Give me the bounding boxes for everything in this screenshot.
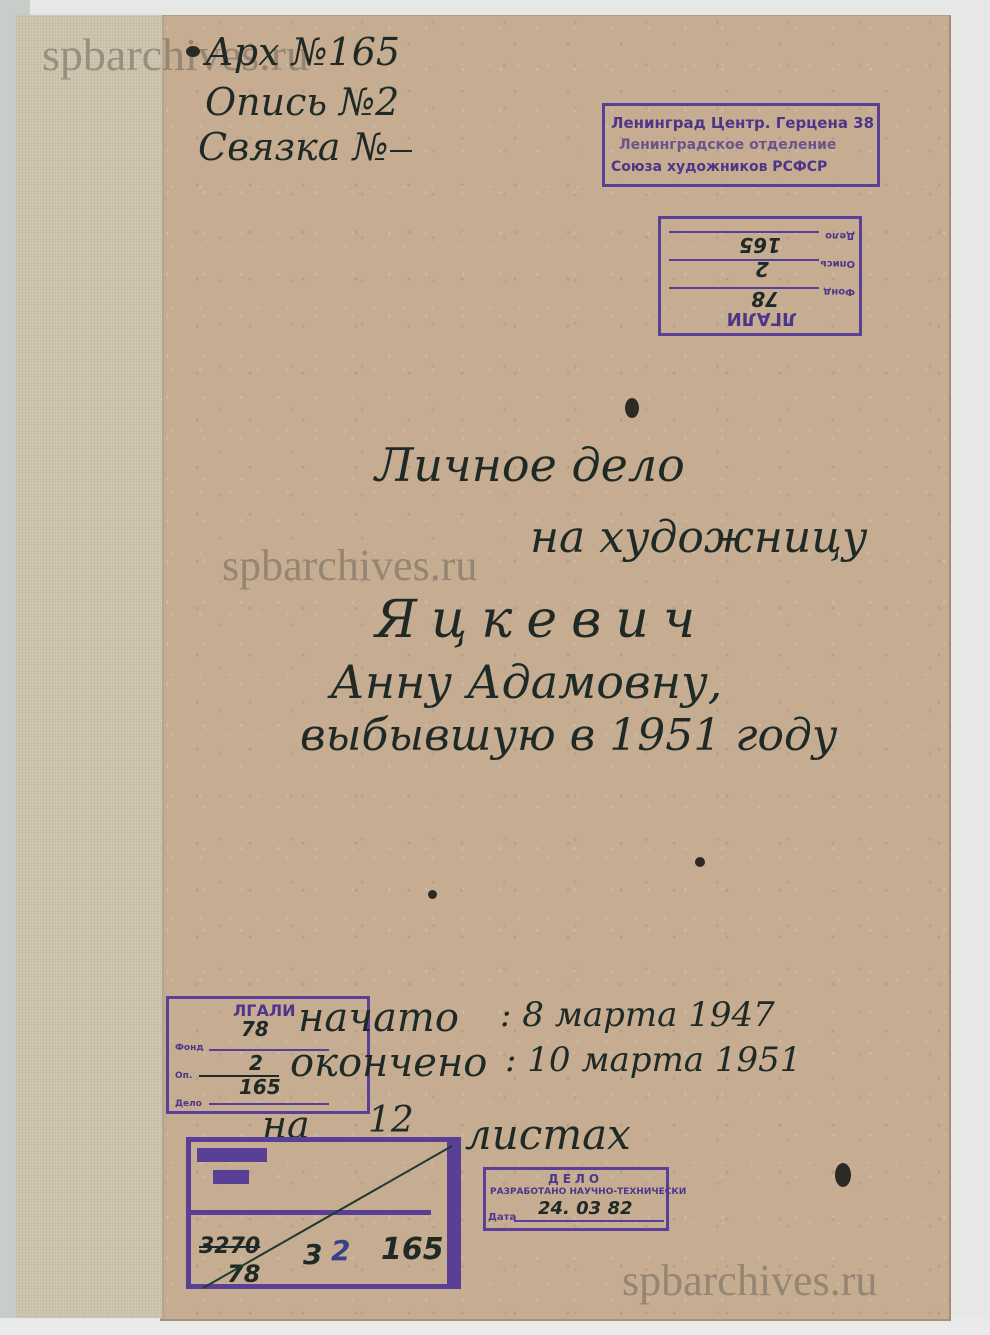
address-line-3: Союза художников РСФСР	[611, 159, 827, 175]
svyazka-dash	[390, 150, 412, 152]
lgali-bottom-fond: 78	[241, 1017, 269, 1041]
title-line-5-year: выбывшую в 1951 году	[300, 710, 837, 761]
ink-blot	[835, 1163, 851, 1187]
sheets-count: 12	[368, 1100, 414, 1141]
started-label: начато	[298, 995, 459, 1041]
processed-date-label: Дата	[488, 1212, 516, 1223]
processed-title: ДЕЛО	[548, 1172, 603, 1186]
watermark-bottom: spbarchives.ru	[622, 1255, 877, 1306]
ink-blot	[695, 857, 705, 867]
watermark-middle: spbarchives.ru	[222, 540, 477, 591]
lgali-bottom-delo: 165	[239, 1075, 281, 1099]
header-note-svyazka: Связка №	[198, 125, 388, 169]
lgali-top-delo-label: Дело	[825, 230, 855, 241]
title-line-4-name: Анну Адамовну,	[330, 655, 722, 709]
processed-date: 24. 03 82	[538, 1198, 633, 1219]
title-line-1: Личное дело	[375, 438, 685, 492]
lgali-bottom-opis: 2	[249, 1051, 263, 1075]
stamp-rule	[669, 287, 819, 289]
lgali-top-opis-label: Опись	[820, 258, 855, 269]
ended-label: окончено	[290, 1040, 487, 1086]
ink-blot	[428, 890, 437, 899]
cross-out-line	[200, 1140, 460, 1290]
processed-line: РАЗРАБОТАНО НАУЧНО-ТЕХНИЧЕСКИ	[490, 1187, 686, 1197]
ended-value: : 10 марта 1951	[505, 1040, 801, 1080]
address-line-1: Ленинград Центр. Герцена 38	[611, 114, 874, 132]
ink-blot	[625, 398, 639, 418]
lgali-top-fond-label: Фонд	[823, 286, 855, 297]
title-line-3-surname: Яцкевич	[375, 590, 709, 650]
stamp-rule	[669, 231, 819, 233]
processed-stamp: ДЕЛО РАЗРАБОТАНО НАУЧНО-ТЕХНИЧЕСКИ 24. 0…	[483, 1167, 669, 1231]
header-note-arch: Арх №165	[205, 30, 400, 74]
ink-blot	[186, 46, 200, 57]
started-value: : 8 марта 1947	[500, 995, 775, 1035]
stamp-rule	[514, 1220, 664, 1222]
address-stamp: Ленинград Центр. Герцена 38 Ленинградско…	[602, 103, 880, 187]
address-line-2: Ленинградское отделение	[619, 137, 836, 153]
sheets-suffix: листах	[465, 1110, 631, 1159]
lgali-top-delo: 165	[739, 233, 781, 257]
lgali-top-fond: 78	[751, 287, 779, 311]
cloth-spine	[16, 15, 163, 1318]
header-note-opis: Опись №2	[205, 80, 399, 124]
lgali-stamp-top: ЛГАЛИ Фонд 78 Опись 2 Дело 165	[658, 216, 862, 336]
lgali-top-title: ЛГАЛИ	[727, 308, 797, 329]
title-line-2: на художницу	[530, 512, 867, 563]
stamp-rule	[669, 259, 819, 261]
lgali-bottom-opis-label: Оп.	[175, 1071, 192, 1081]
lgali-bottom-fond-label: Фонд	[175, 1043, 204, 1053]
lgali-bottom-delo-label: Дело	[175, 1099, 202, 1109]
